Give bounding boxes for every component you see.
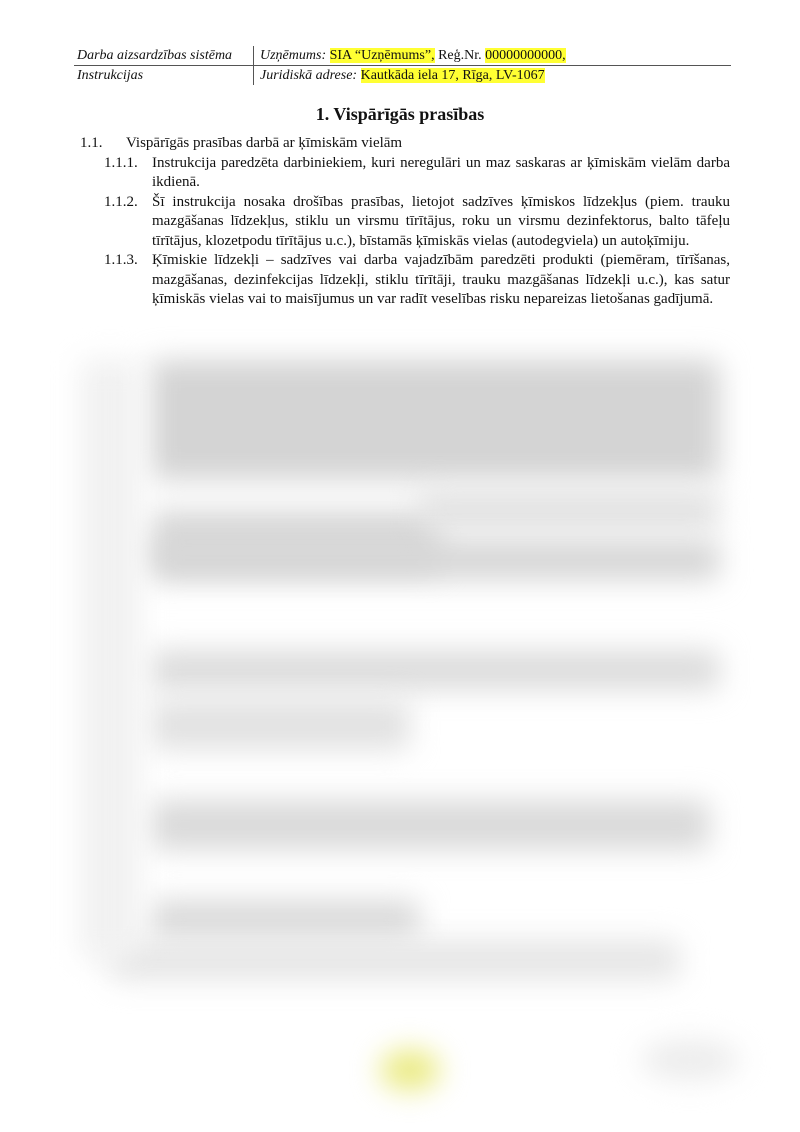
subsection-heading: 1.1. Vispārīgās prasības darbā ar ķīmisk… [80,134,730,154]
blurred-footer-highlight [380,1050,440,1090]
company-name: SIA “Uzņēmums”, [330,48,435,63]
blurred-paragraph [150,360,720,480]
item-number: 1.1.3. [104,251,152,310]
reg-number: 00000000000, [485,48,566,63]
blurred-paragraph [420,490,720,530]
blurred-paragraph [150,650,720,690]
item-text: Šī instrukcija nosaka drošības prasības,… [152,193,730,252]
blurred-paragraph [110,940,680,980]
item-text: Ķīmiskie līdzekļi – sadzīves vai darba v… [152,251,730,310]
list-item: 1.1.3. Ķīmiskie līdzekļi – sadzīves vai … [80,251,730,310]
address-value: Kautkāda iela 17, Rīga, LV-1067 [361,68,545,83]
header-doc-type: Instrukcijas [74,66,253,85]
company-label: Uzņēmums: [260,48,326,63]
subsection-text: Vispārīgās prasības darbā ar ķīmiskām vi… [126,134,402,154]
blurred-page-number [640,1040,740,1080]
header-row-1: Darba aizsardzības sistēma Uzņēmums: SIA… [74,46,731,66]
blurred-paragraph [150,540,720,580]
address-label: Juridiskā adrese: [260,68,357,83]
item-number: 1.1.1. [104,154,152,193]
item-text: Instrukcija paredzēta darbiniekiem, kuri… [152,154,730,193]
section-title: 1. Vispārīgās prasības [0,104,800,125]
blurred-paragraph [150,700,410,750]
blurred-numbering [80,360,140,960]
document-header: Darba aizsardzības sistēma Uzņēmums: SIA… [74,46,731,85]
header-system-name: Darba aizsardzības sistēma [74,46,253,65]
blurred-content [0,340,800,1040]
subsection-number: 1.1. [80,134,126,154]
list-item: 1.1.1. Instrukcija paredzēta darbiniekie… [80,154,730,193]
reg-label: Reģ.Nr. [438,48,482,63]
header-address: Juridiskā adrese: Kautkāda iela 17, Rīga… [253,66,731,85]
item-number: 1.1.2. [104,193,152,252]
blurred-paragraph [150,800,710,850]
document-body: 1.1. Vispārīgās prasības darbā ar ķīmisk… [80,134,730,310]
list-item: 1.1.2. Šī instrukcija nosaka drošības pr… [80,193,730,252]
blurred-paragraph [150,900,420,940]
header-company: Uzņēmums: SIA “Uzņēmums”, Reģ.Nr. 000000… [253,46,731,65]
header-row-2: Instrukcijas Juridiskā adrese: Kautkāda … [74,66,731,85]
